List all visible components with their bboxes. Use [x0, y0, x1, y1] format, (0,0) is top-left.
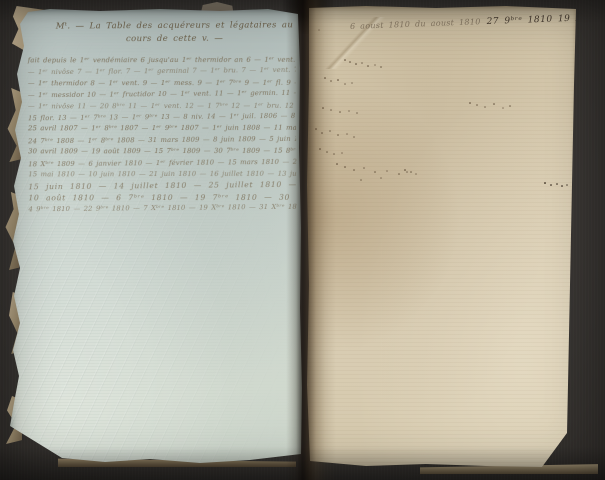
date-note: 6 aoust 1810 du aoust 181027 9ᵇʳᵉ 1810 1…	[350, 13, 576, 33]
ink-speck-cluster	[318, 29, 320, 31]
dog-ear-fold	[538, 429, 572, 469]
ink-speck-cluster	[324, 77, 326, 79]
manuscript-line: 4 9ᵇʳᵉ 1810 — 22 9ᵇʳᵉ 1810 — 7 Xᵇʳᵉ 1810…	[28, 202, 296, 216]
left-page: Mᵗ. — La Table des acquéreurs et légatai…	[10, 8, 302, 472]
scanned-manuscript-canvas: Mᵗ. — La Table des acquéreurs et légatai…	[0, 0, 605, 480]
ink-speck-cluster	[344, 59, 346, 61]
ink-speck-cluster	[319, 148, 321, 150]
date-note-dark: 27 9ᵇʳᵉ 1810 19 Xᵇʳᵉ 1810	[486, 12, 605, 27]
page-edge-shading	[306, 5, 578, 475]
date-note-faint: 6 aoust 1810 du aoust 1810	[350, 17, 481, 31]
manuscript-title: Mᵗ. — La Table des acquéreurs et légatai…	[27, 19, 295, 46]
manuscript-text-block: Mᵗ. — La Table des acquéreurs et légatai…	[27, 19, 296, 215]
ink-speck-cluster	[315, 128, 317, 130]
right-page: 6 aoust 1810 du aoust 181027 9ᵇʳᵉ 1810 1…	[306, 5, 578, 475]
ink-speck-cluster	[336, 163, 338, 165]
ink-speck-cluster	[322, 107, 324, 109]
ink-speck-cluster	[469, 102, 471, 104]
ink-speck-cluster	[544, 182, 546, 184]
ink-speck-cluster	[404, 169, 406, 171]
